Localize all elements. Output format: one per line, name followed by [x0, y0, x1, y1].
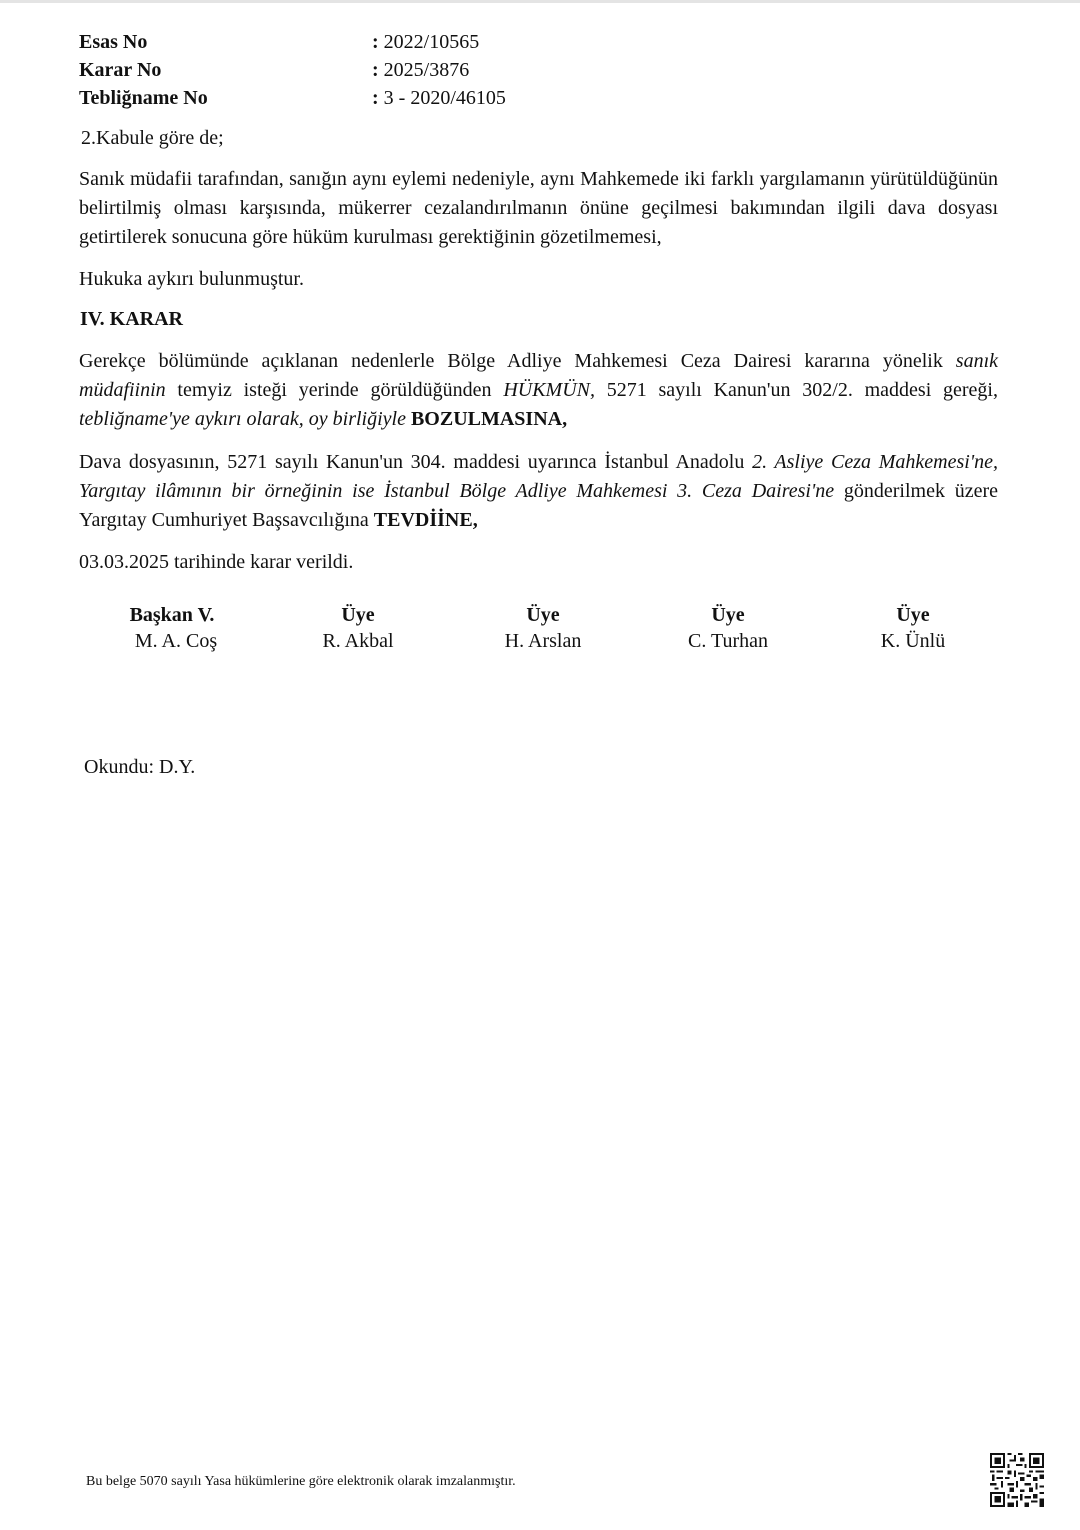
esas-no-label: Esas No — [79, 28, 372, 56]
separator: : — [372, 59, 379, 81]
signature-member-3: Üye C. Turhan — [648, 602, 808, 654]
case-metadata: Esas No : 2022/10565 Karar No : 2025/387… — [79, 28, 506, 112]
esas-no-row: Esas No : 2022/10565 — [79, 28, 506, 56]
karar-no-row: Karar No : 2025/3876 — [79, 56, 506, 84]
karar-heading: IV. KARAR — [80, 308, 183, 331]
paragraph-referral: Dava dosyasının, 5271 sayılı Kanun'un 30… — [79, 448, 998, 535]
page-top-border — [0, 0, 1080, 3]
separator: : — [372, 87, 379, 109]
karar-no-label: Karar No — [79, 56, 372, 84]
paragraph-decision: Gerekçe bölümünde açıklanan nedenlerle B… — [79, 347, 998, 434]
tebligname-no-value: 3 - 2020/46105 — [384, 87, 506, 109]
decision-date-line: 03.03.2025 tarihinde karar verildi. — [79, 548, 998, 577]
paragraph-objection: Sanık müdafii tarafından, sanığın aynı e… — [79, 165, 998, 252]
separator: : — [372, 31, 379, 53]
tevdiine-text: TEVDİİNE, — [374, 509, 478, 531]
electronic-signature-note: Bu belge 5070 sayılı Yasa hükümlerine gö… — [86, 1474, 516, 1490]
esas-no-value: 2022/10565 — [384, 31, 480, 53]
tebligname-no-label: Tebliğname No — [79, 84, 372, 112]
kabule-line: 2.Kabule göre de; — [81, 124, 1000, 153]
signature-member-4: Üye K. Ünlü — [833, 602, 993, 654]
signature-member-2: Üye H. Arslan — [463, 602, 623, 654]
hukuka-line: Hukuka aykırı bulunmuştur. — [79, 265, 998, 294]
signature-member-1: Üye R. Akbal — [278, 602, 438, 654]
signature-president: Başkan V. M. A. Coş — [92, 602, 252, 654]
karar-no-value: 2025/3876 — [384, 59, 470, 81]
qr-code-icon — [990, 1453, 1044, 1507]
okundu-line: Okundu: D.Y. — [84, 756, 195, 779]
bozulmasina-text: BOZULMASINA, — [411, 408, 567, 430]
tebligname-no-row: Tebliğname No : 3 - 2020/46105 — [79, 84, 506, 112]
